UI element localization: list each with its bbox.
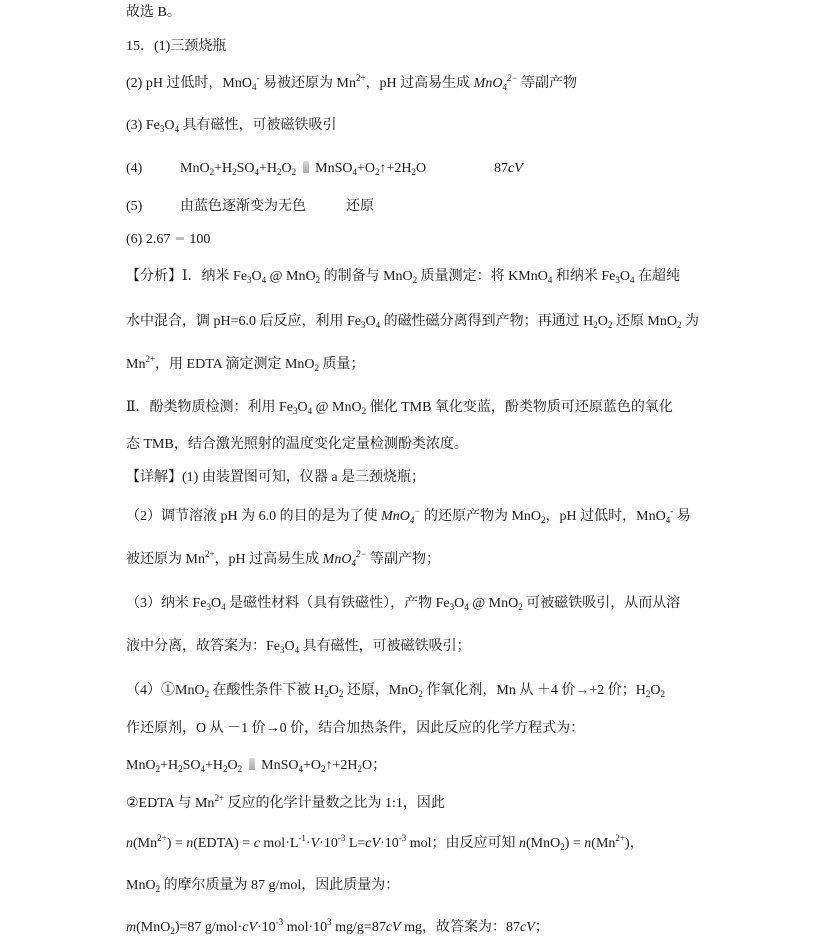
text-line: （2）调节溶液 pH 为 6.0 的目的是为了使 MnO4− 的还原产物为 Mn…: [126, 508, 691, 526]
text-line: 作还原剂，O 从 －1 价→0 价，结合加热条件，因此反应的化学方程式为：: [126, 720, 584, 738]
answer-4-line: (4): [126, 160, 142, 178]
text-line: 水中混合，调 pH=6.0 后反应，利用 Fe3O4 的磁性磁分离得到产物；再通…: [126, 313, 699, 331]
text-line: （3）纳米 Fe3O4 是磁性材料（具有铁磁性），产物 Fe3O4 @ MnO2…: [126, 595, 680, 613]
text-line: ②EDTA 与 Mn2+ 反应的化学计量数之比为 1:1，因此: [126, 795, 445, 813]
text-line: 【分析】Ⅰ．纳米 Fe3O4 @ MnO2 的制备与 MnO2 质量测定：将 K…: [126, 268, 680, 286]
answer-5-color-change: 由蓝色逐渐变为无色: [180, 198, 306, 216]
text-line: 被还原为 Mn2+，pH 过高易生成 MnO42− 等副产物；: [126, 551, 440, 569]
text-line: n(Mn2+) = n(EDTA) = c mol·L-1·V·10-3 L=c…: [126, 835, 644, 853]
text-line: 【详解】(1) 由装置图可知，仪器 a 是三颈烧瓶；: [126, 469, 425, 487]
text-line: （4）①MnO2 在酸性条件下被 H2O2 还原，MnO2 作氧化剂，Mn 从 …: [126, 682, 665, 700]
text-line: 故选 B。: [126, 4, 181, 22]
text-line: (2) pH 过低时，MnO4- 易被还原为 Mn2+，pH 过高易生成 MnO…: [126, 75, 577, 93]
answer-4-result: 87cV: [494, 160, 523, 178]
text-line: MnO2 的摩尔质量为 87 g/mol，因此质量为：: [126, 877, 399, 895]
text-line: (6) 2.67 100: [126, 231, 210, 249]
answer-4-equation: MnO2+H2SO4+H2O2 MnSO4+O2↑+2H2O: [180, 160, 426, 178]
answer-4-label: (4): [126, 161, 142, 176]
text-line: (5): [126, 198, 142, 216]
text-line: MnO2+H2SO4+H2O2 MnSO4+O2↑+2H2O；: [126, 757, 386, 775]
text-line: 液中分离，故答案为：Fe3O4 具有磁性，可被磁铁吸引；: [126, 638, 471, 656]
text-line: 态 TMB，结合激光照射的温度变化定量检测酚类浓度。: [126, 436, 468, 454]
document-page: 故选 B。15．(1)三颈烧瓶(2) pH 过低时，MnO4- 易被还原为 Mn…: [0, 0, 828, 938]
answer-5-property: 还原: [346, 198, 374, 216]
text-line: 15．(1)三颈烧瓶: [126, 38, 226, 56]
text-line: Mn2+，用 EDTA 滴定测定 MnO2 质量；: [126, 356, 365, 374]
text-line: (3) Fe3O4 具有磁性，可被磁铁吸引: [126, 117, 336, 135]
text-line: Ⅱ．酚类物质检测：利用 Fe3O4 @ MnO2 催化 TMB 氧化变蓝，酚类物…: [126, 399, 673, 417]
text-line: m(MnO2)=87 g/mol·cV·10-3 mol·103 mg/g=87…: [126, 919, 549, 937]
